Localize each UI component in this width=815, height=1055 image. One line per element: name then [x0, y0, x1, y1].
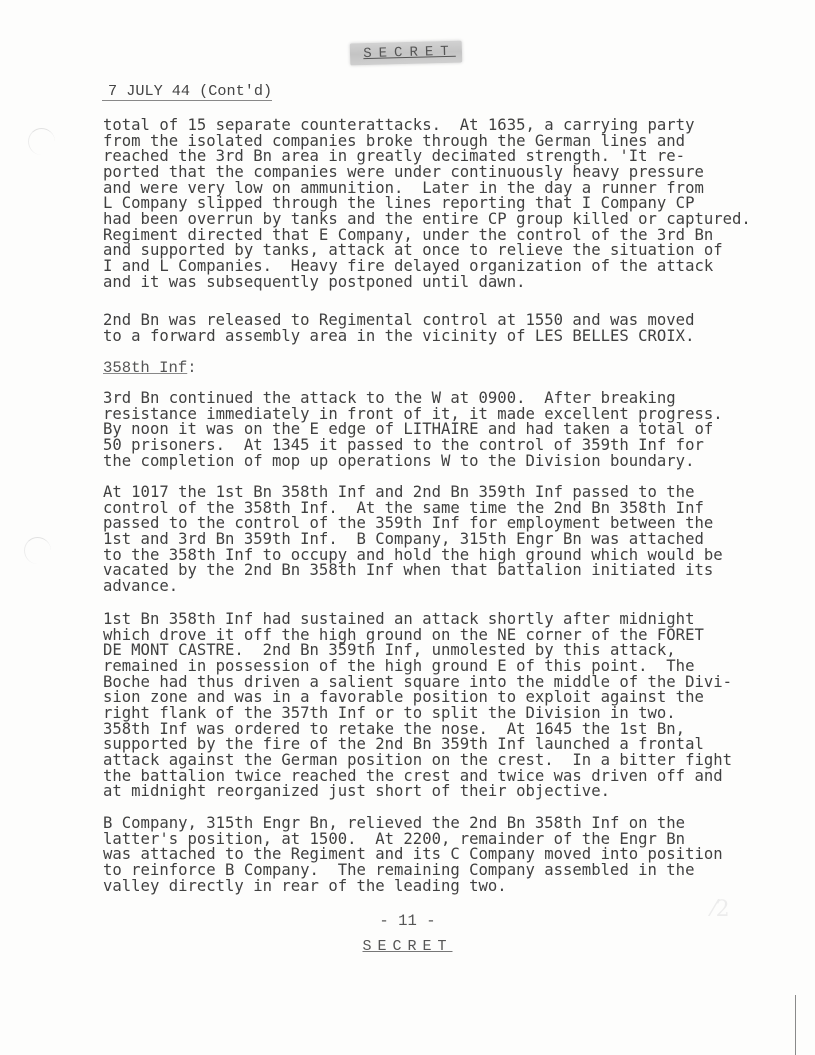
paragraph-2nd-bn-released: 2nd Bn was released to Regimental contro…: [103, 313, 743, 344]
paragraph-counterattacks: total of 15 separate counterattacks. At …: [103, 118, 743, 290]
margin-edge-line: [795, 995, 796, 1055]
paragraph-3rd-bn-attack: 3rd Bn continued the attack to the W at …: [103, 391, 743, 469]
paragraph-1st-bn-sustained: 1st Bn 358th Inf had sustained an attack…: [103, 612, 743, 800]
section-heading-358th-inf: 358th Inf:: [103, 360, 197, 376]
classification-stamp-top: SECRET: [350, 41, 463, 66]
classification-top-text: SECRET: [356, 44, 456, 63]
date-heading: 7 JULY 44 (Cont'd): [108, 82, 272, 101]
paragraph-b-company-engr: B Company, 315th Engr Bn, relieved the 2…: [103, 816, 743, 894]
section-title: 358th Inf: [103, 359, 187, 377]
punch-hole-mark: [24, 537, 51, 564]
classification-stamp-bottom: SECRET: [0, 938, 815, 955]
punch-hole-mark: [28, 128, 55, 155]
paragraph-at-1017: At 1017 the 1st Bn 358th Inf and 2nd Bn …: [103, 485, 743, 595]
page-number: - 11 -: [0, 912, 815, 930]
document-page: ⁄2 SECRET 7 JULY 44 (Cont'd) total of 15…: [0, 0, 815, 1055]
section-title-suffix: :: [187, 359, 196, 377]
